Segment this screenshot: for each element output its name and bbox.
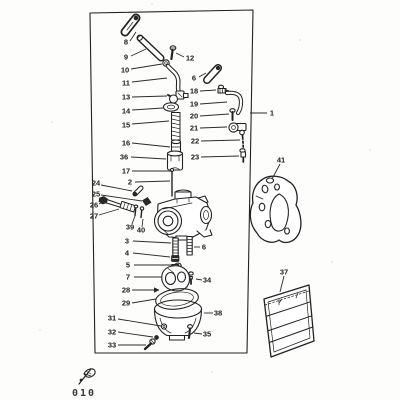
callout-line-2	[135, 181, 170, 182]
callout-line-18	[200, 90, 216, 91]
part-3-drawing	[173, 238, 178, 257]
callout-label-40: 40	[137, 226, 145, 235]
callout-label-4: 4	[125, 249, 130, 258]
callout-label-36: 36	[120, 153, 128, 162]
callout-label-32: 32	[108, 328, 116, 337]
part-27-drawing	[120, 201, 136, 212]
part-32-drawing	[155, 336, 159, 340]
callout-line-34	[196, 279, 202, 280]
callout-line-20	[200, 114, 229, 116]
callout-label-24: 24	[92, 179, 101, 188]
callout-label-22: 22	[191, 137, 199, 146]
part-12-drawing	[170, 46, 176, 59]
part-9-drawing	[137, 35, 161, 58]
callout-line-16	[132, 143, 170, 147]
callout-label-34: 34	[203, 276, 212, 285]
part-41-drawing	[250, 176, 301, 242]
part-22-drawing	[240, 130, 245, 151]
part-25-drawing	[143, 198, 152, 206]
callout-line-22	[201, 140, 240, 141]
callout-label-18: 18	[190, 87, 198, 96]
callout-line-29	[132, 299, 156, 303]
callout-label-16: 16	[122, 139, 130, 148]
page-code: 010	[72, 388, 96, 399]
part-15-drawing	[172, 113, 181, 141]
callout-label-27: 27	[90, 212, 98, 221]
callout-label-20: 20	[190, 112, 198, 121]
callout-line-23	[201, 156, 239, 157]
callout-line-27	[99, 209, 119, 215]
callout-line-3	[133, 241, 171, 243]
callout-label-17: 17	[122, 167, 130, 176]
part-36-drawing	[168, 151, 183, 170]
callout-line-21	[200, 127, 227, 128]
part-23-drawing	[240, 149, 246, 162]
part-40-drawing	[140, 207, 143, 218]
callout-label-6: 6	[192, 74, 196, 83]
parts-diagram-svg: 010 891210116181920212223131415163617224…	[0, 0, 400, 400]
scan-noise	[39, 3, 370, 372]
callout-label-41: 41	[277, 156, 285, 165]
part-31-drawing	[161, 324, 166, 329]
callout-label-3: 3	[125, 237, 129, 246]
callout-label-13: 13	[122, 93, 130, 102]
callout-label-6: 6	[202, 243, 206, 252]
callout-line-37	[280, 276, 284, 292]
callout-line-15	[132, 121, 169, 124]
callout-label-23: 23	[191, 153, 199, 162]
part-24-drawing	[133, 188, 141, 196]
callout-label-14: 14	[122, 107, 131, 116]
part-7-drawing	[162, 265, 190, 291]
callout-label-2: 2	[128, 178, 132, 187]
callout-label-33: 33	[108, 341, 116, 350]
scanned-parts-catalog-page: 010 891210116181920212223131415163617224…	[0, 0, 400, 400]
callout-line-8	[130, 32, 136, 41]
callout-line-35	[194, 333, 202, 334]
callout-line-9	[131, 49, 146, 56]
callout-line-32	[118, 332, 153, 337]
callout-label-38: 38	[214, 309, 222, 318]
callout-label-25: 25	[92, 190, 100, 199]
callout-line-10	[131, 64, 162, 69]
callout-line-12	[176, 53, 184, 57]
callout-label-21: 21	[190, 124, 198, 133]
part-20-drawing	[230, 109, 235, 120]
callout-label-31: 31	[108, 314, 116, 323]
callout-line-19	[200, 102, 227, 104]
callout-label-1: 1	[270, 109, 274, 118]
part-8-drawing	[125, 16, 138, 32]
part-6-lower-drawing	[187, 237, 192, 256]
brand-doodle	[79, 369, 95, 384]
callout-label-9: 9	[124, 53, 128, 62]
part-4-drawing	[172, 256, 180, 262]
callout-label-29: 29	[122, 299, 130, 308]
part-2-drawing	[170, 168, 173, 196]
part-6-upper-drawing	[207, 66, 220, 80]
callout-label-11: 11	[122, 79, 130, 88]
part-14-drawing	[164, 103, 179, 111]
callout-line-4	[133, 253, 170, 257]
callout-label-15: 15	[122, 121, 130, 130]
callout-line-14	[132, 108, 163, 110]
callout-label-10: 10	[121, 66, 129, 75]
callout-label-19: 19	[190, 100, 198, 109]
callout-label-7: 7	[126, 273, 130, 282]
part-37-drawing	[264, 285, 314, 357]
callout-label-8: 8	[124, 38, 128, 47]
callout-label-37: 37	[280, 268, 288, 277]
callout-label-12: 12	[186, 54, 194, 63]
callout-label-35: 35	[203, 330, 211, 339]
callout-label-5: 5	[126, 261, 130, 270]
callout-line-13	[132, 96, 167, 97]
callout-line-36	[131, 157, 166, 159]
part-33-drawing	[145, 339, 155, 349]
carburetor-body-drawing	[155, 190, 213, 240]
part-11-drawing	[168, 66, 181, 94]
callout-label-39: 39	[126, 223, 134, 232]
callout-label-28: 28	[122, 286, 130, 295]
callout-line-31	[118, 319, 161, 326]
callout-label-26: 26	[90, 201, 98, 210]
callout-line-11	[132, 78, 167, 82]
part-13-drawing	[168, 91, 188, 103]
